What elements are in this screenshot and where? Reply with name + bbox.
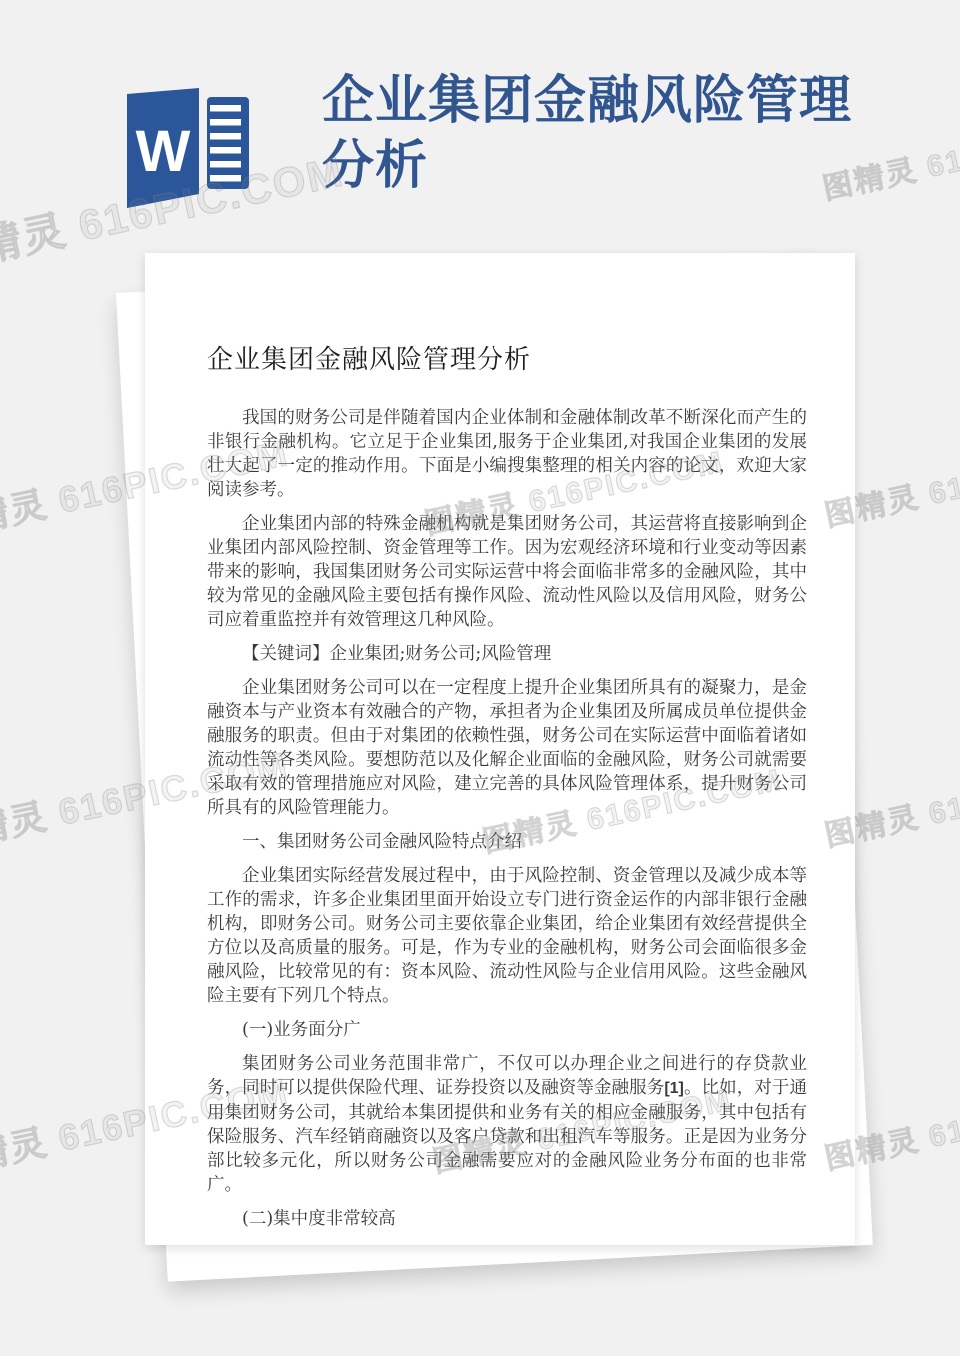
section-heading-1: 一、集团财务公司金融风险特点介绍 bbox=[207, 830, 807, 854]
paragraph-subsection-1: 集团财务公司业务范围非常广，不仅可以办理企业之间进行的存贷款业务，同时可以提供保… bbox=[207, 1052, 807, 1197]
svg-text:W: W bbox=[136, 119, 191, 184]
paragraph-intro: 我国的财务公司是伴随着国内企业体制和金融体制改革不断深化而产生的非银行金融机构。… bbox=[207, 406, 807, 502]
subsection-heading-1: (一)业务面分广 bbox=[207, 1018, 807, 1042]
citation-ref: [1] bbox=[664, 1080, 684, 1097]
paragraph-overview: 企业集团财务公司可以在一定程度上提升企业集团所具有的凝聚力，是金融资本与产业资本… bbox=[207, 676, 807, 820]
subsection-heading-2: (二)集中度非常较高 bbox=[207, 1207, 807, 1231]
document-page: 企业集团金融风险管理分析 我国的财务公司是伴随着国内企业体制和金融体制改革不断深… bbox=[145, 253, 855, 1245]
document-title: 企业集团金融风险管理分析 bbox=[207, 339, 807, 376]
paragraph-section-1: 企业集团实际经营发展过程中，由于风险控制、资金管理以及减少成本等工作的需求，许多… bbox=[207, 864, 807, 1008]
page-title: 企业集团金融风险管理分析 bbox=[322, 68, 867, 198]
paragraph-abstract: 企业集团内部的特殊金融机构就是集团财务公司，其运营将直接影响到企业集团内部风险控… bbox=[207, 512, 807, 632]
document-content: 企业集团金融风险管理分析 我国的财务公司是伴随着国内企业体制和金融体制改革不断深… bbox=[207, 339, 807, 1231]
keywords-line: 【关键词】企业集团;财务公司;风险管理 bbox=[207, 642, 807, 666]
page: { "watermark": { "text": "图精灵 616PIC.COM… bbox=[0, 0, 960, 1356]
header: W 企业集团金融风险管理分析 bbox=[0, 0, 960, 253]
word-icon: W bbox=[127, 88, 251, 210]
